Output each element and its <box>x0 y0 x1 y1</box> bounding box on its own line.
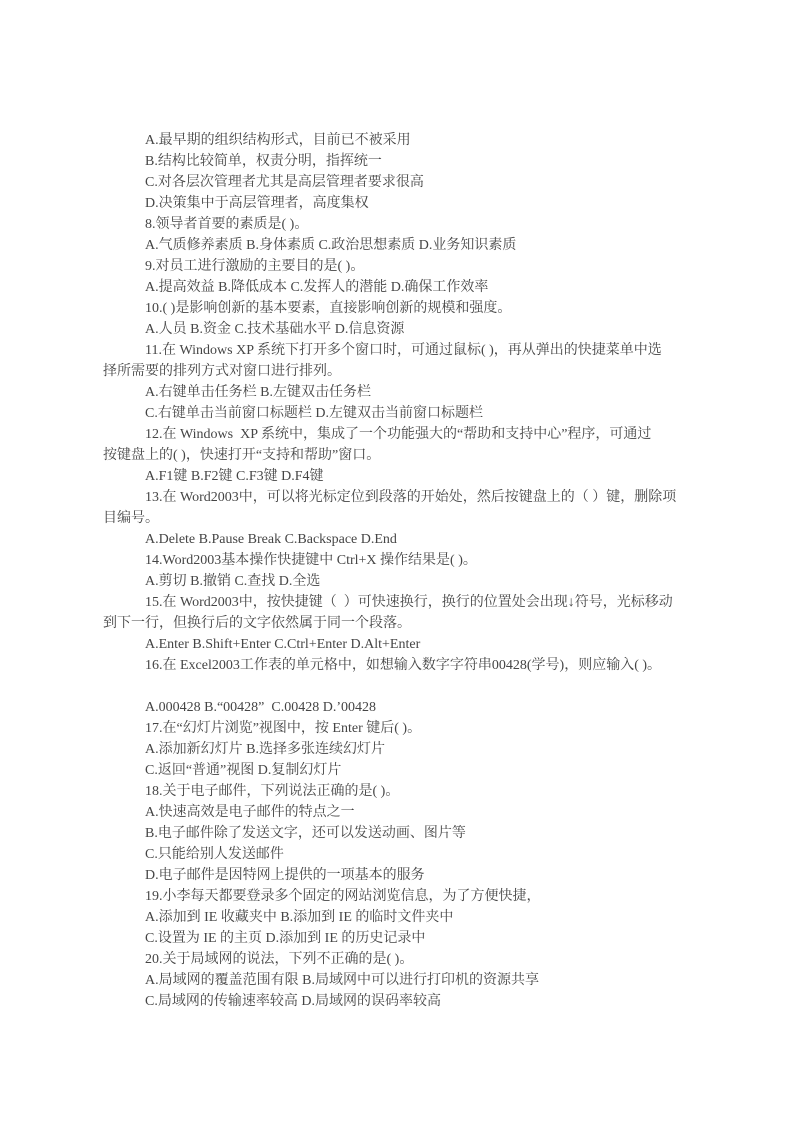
document-line <box>103 676 743 697</box>
document-line: A.人员 B.资金 C.技术基础水平 D.信息资源 <box>103 319 743 340</box>
document-line: 18.关于电子邮件，下列说法正确的是( )。 <box>103 781 743 802</box>
document-line: A.气质修养素质 B.身体素质 C.政治思想素质 D.业务知识素质 <box>103 235 743 256</box>
document-line: 12.在 Windows XP 系统中，集成了一个功能强大的“帮助和支持中心”程… <box>103 424 743 445</box>
document-page: A.最早期的组织结构形式，目前已不被采用B.结构比较简单，权责分明，指挥统一C.… <box>103 130 743 1012</box>
document-line: A.右键单击任务栏 B.左键双击任务栏 <box>103 382 743 403</box>
document-line: C.只能给别人发送邮件 <box>103 844 743 865</box>
document-line: 10.( )是影响创新的基本要素，直接影响创新的规模和强度。 <box>103 298 743 319</box>
document-line: 11.在 Windows XP 系统下打开多个窗口时，可通过鼠标( )，再从弹出… <box>103 340 743 361</box>
document-line: A.局域网的覆盖范围有限 B.局域网中可以进行打印机的资源共享 <box>103 970 743 991</box>
document-line: 8.领导者首要的素质是( )。 <box>103 214 743 235</box>
document-line: B.电子邮件除了发送文字，还可以发送动画、图片等 <box>103 823 743 844</box>
document-line: A.提高效益 B.降低成本 C.发挥人的潜能 D.确保工作效率 <box>103 277 743 298</box>
document-line: C.右键单击当前窗口标题栏 D.左键双击当前窗口标题栏 <box>103 403 743 424</box>
document-line: 按键盘上的( )，快速打开“支持和帮助”窗口。 <box>103 445 743 466</box>
document-line: 到下一行，但换行后的文字依然属于同一个段落。 <box>103 613 743 634</box>
document-line: A.Delete B.Pause Break C.Backspace D.End <box>103 529 743 550</box>
document-line: C.设置为 IE 的主页 D.添加到 IE 的历史记录中 <box>103 928 743 949</box>
document-line: 9.对员工进行激励的主要目的是( )。 <box>103 256 743 277</box>
document-line: D.电子邮件是因特网上提供的一项基本的服务 <box>103 865 743 886</box>
document-line: A.Enter B.Shift+Enter C.Ctrl+Enter D.Alt… <box>103 634 743 655</box>
document-line: C.返回“普通”视图 D.复制幻灯片 <box>103 760 743 781</box>
document-line: 20.关于局域网的说法，下列不正确的是( )。 <box>103 949 743 970</box>
document-line: 择所需要的排列方式对窗口进行排列。 <box>103 361 743 382</box>
document-line: B.结构比较简单，权责分明，指挥统一 <box>103 151 743 172</box>
document-line: 16.在 Excel2003工作表的单元格中，如想输入数字字符串00428(学号… <box>103 655 743 676</box>
document-line: 15.在 Word2003中，按快捷键（ ）可快速换行，换行的位置处会出现↓符号… <box>103 592 743 613</box>
document-line: A.剪切 B.撤销 C.查找 D.全选 <box>103 571 743 592</box>
document-line: A.最早期的组织结构形式，目前已不被采用 <box>103 130 743 151</box>
document-line: C.局域网的传输速率较高 D.局域网的误码率较高 <box>103 991 743 1012</box>
document-line: A.添加新幻灯片 B.选择多张连续幻灯片 <box>103 739 743 760</box>
document-line: 19.小李每天都要登录多个固定的网站浏览信息，为了方便快捷， <box>103 886 743 907</box>
document-line: C.对各层次管理者尤其是高层管理者要求很高 <box>103 172 743 193</box>
document-line: A.快速高效是电子邮件的特点之一 <box>103 802 743 823</box>
document-line: A.000428 B.“00428” C.00428 D.’00428 <box>103 697 743 718</box>
document-line: A.添加到 IE 收藏夹中 B.添加到 IE 的临时文件夹中 <box>103 907 743 928</box>
document-line: 17.在“幻灯片浏览”视图中，按 Enter 键后( )。 <box>103 718 743 739</box>
document-line: D.决策集中于高层管理者，高度集权 <box>103 193 743 214</box>
document-line: A.F1键 B.F2键 C.F3键 D.F4键 <box>103 466 743 487</box>
document-line: 目编号。 <box>103 508 743 529</box>
document-line: 13.在 Word2003中，可以将光标定位到段落的开始处，然后按键盘上的（ ）… <box>103 487 743 508</box>
document-line: 14.Word2003基本操作快捷键中 Ctrl+X 操作结果是( )。 <box>103 550 743 571</box>
